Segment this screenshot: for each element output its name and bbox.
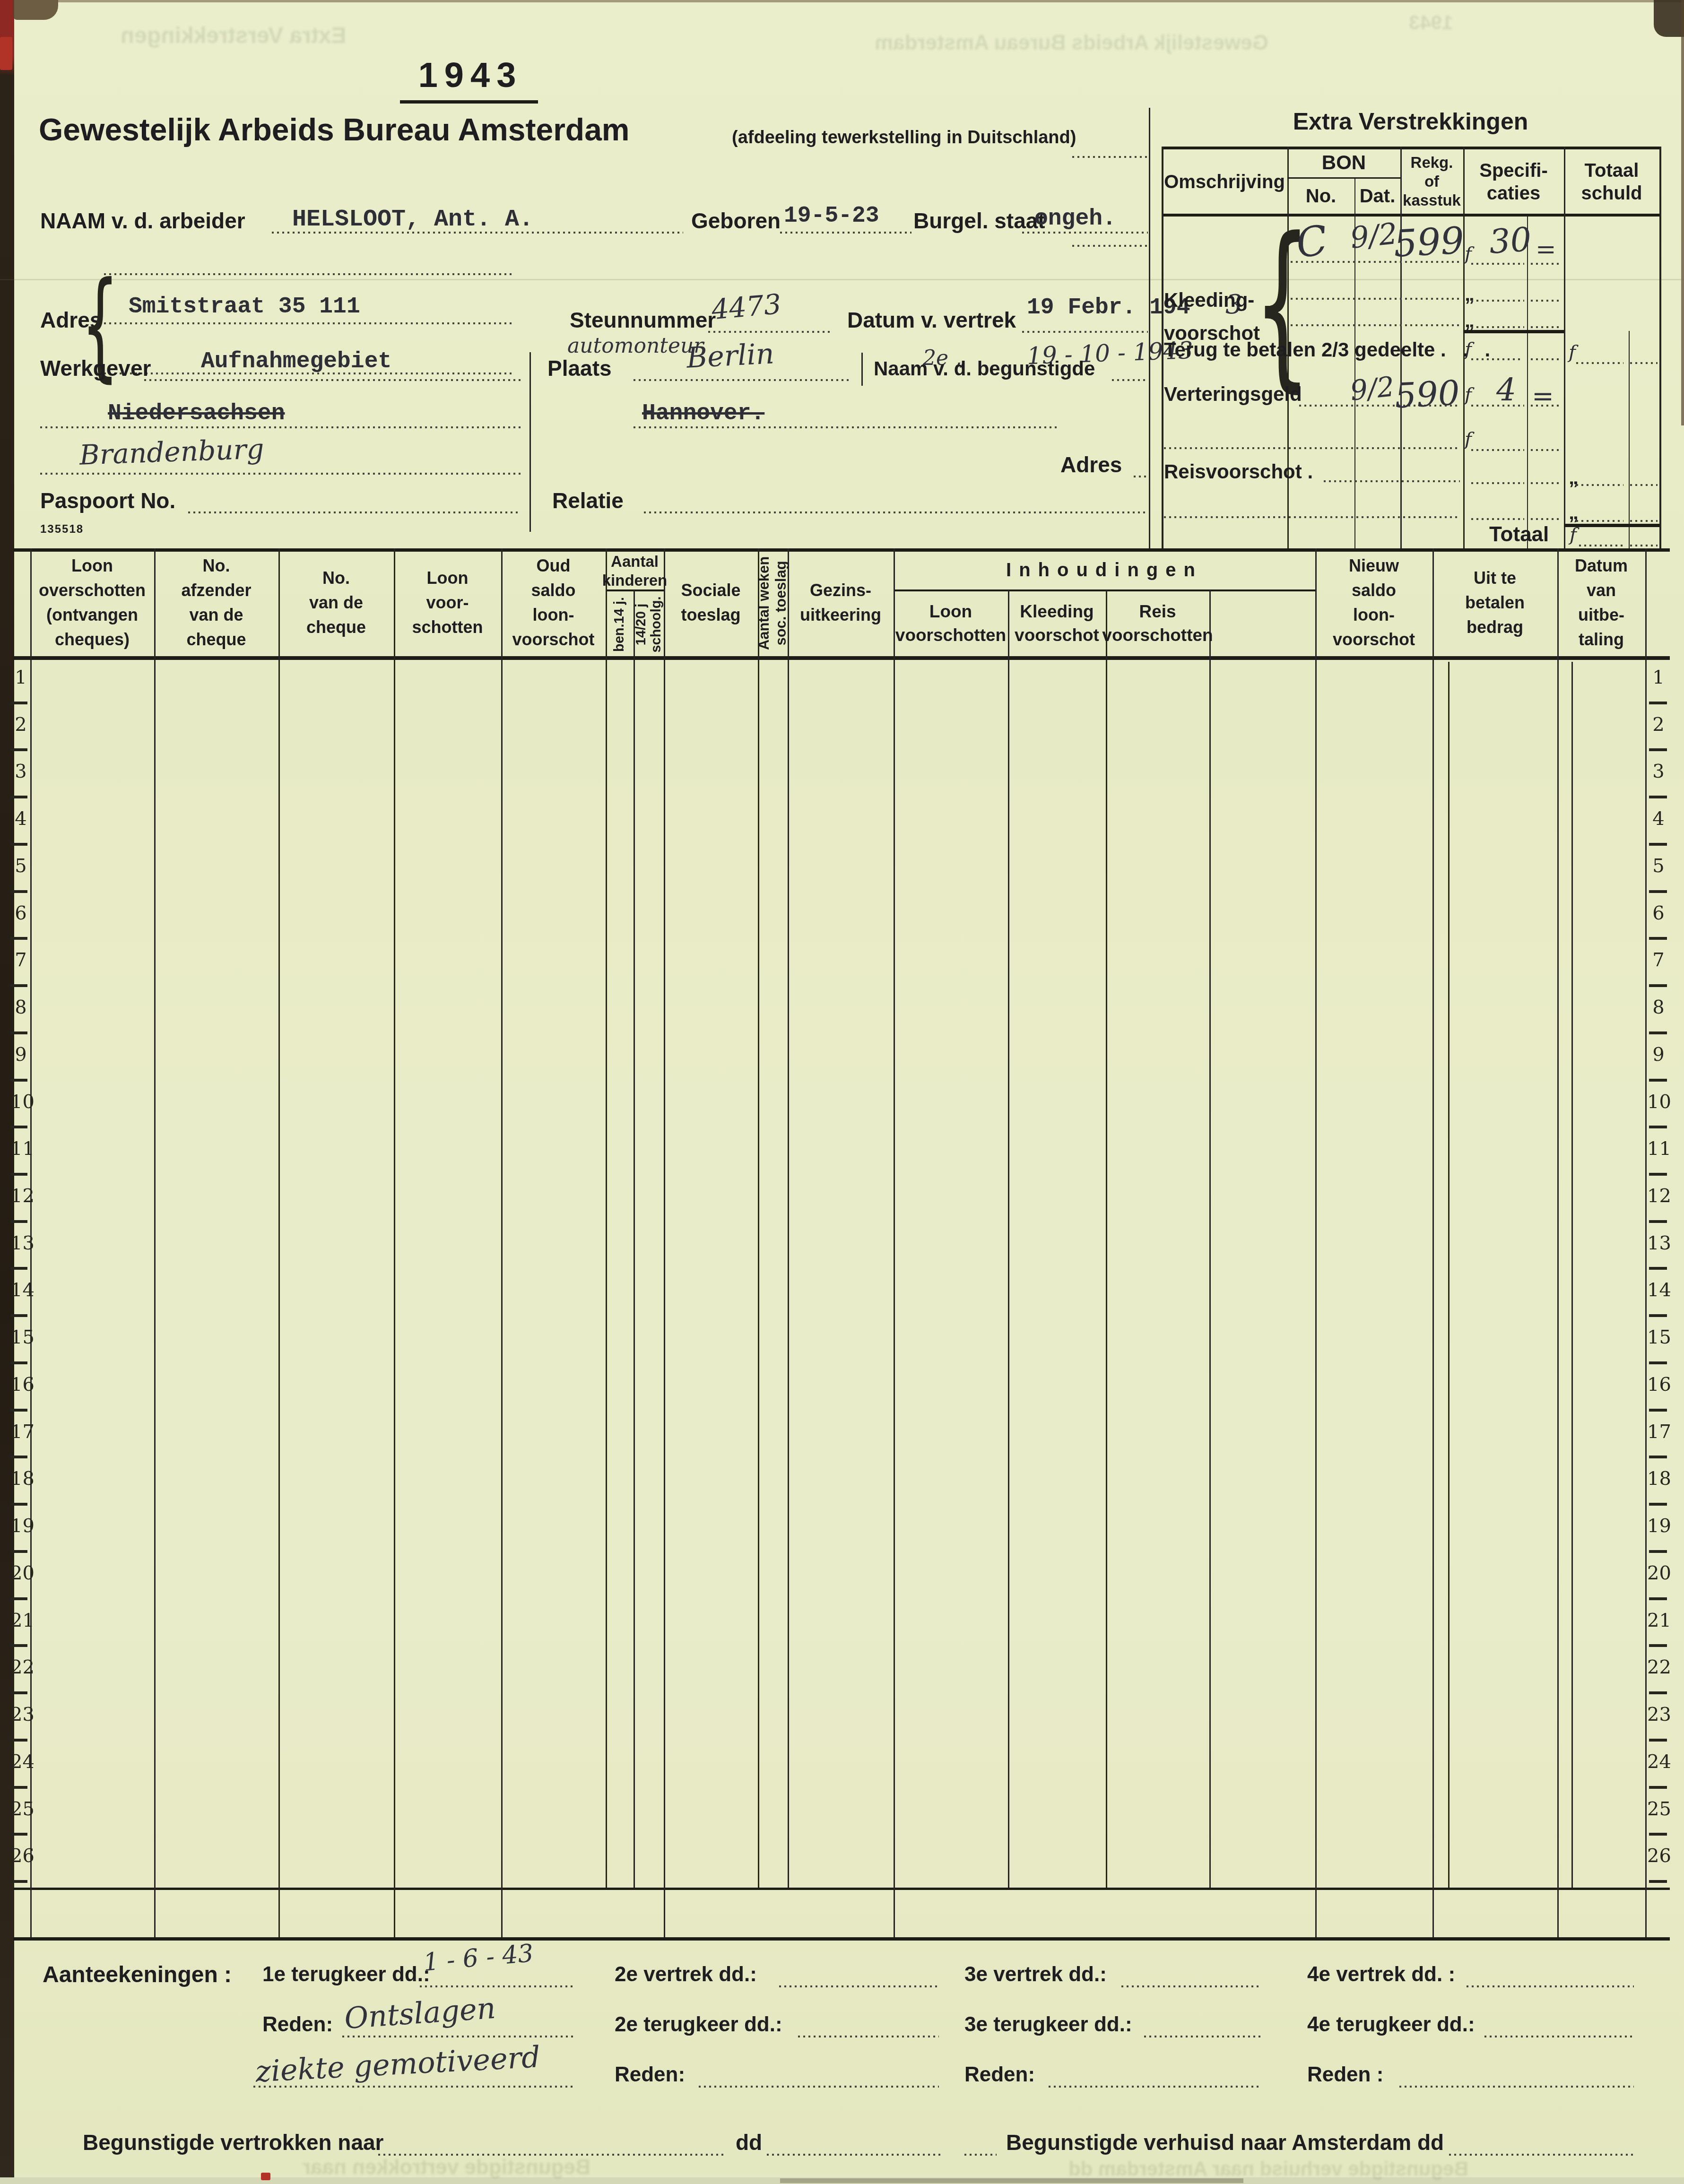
departure-label: Datum v. vertrek — [847, 307, 1016, 333]
dotted-line — [1471, 326, 1524, 328]
dotted-line — [104, 322, 513, 324]
heavy-rule — [1564, 524, 1659, 527]
row-dash-left — [10, 1456, 27, 1458]
row-dash-right — [1649, 1126, 1667, 1128]
row-number-right: 11 — [1647, 1138, 1670, 1160]
dotted-line — [1531, 518, 1560, 520]
row-dash-left — [10, 796, 27, 798]
table-vline — [1106, 590, 1107, 1888]
dotted-line — [1399, 2086, 1634, 2088]
row-number-left: 21 — [10, 1610, 31, 1631]
row-dash-right — [1649, 1173, 1667, 1176]
depart3-label: 3e vertrek dd.: — [964, 1963, 1107, 1986]
dotted-line — [964, 2154, 997, 2156]
table-vline — [894, 548, 895, 1937]
row-dash-left — [10, 1550, 27, 1553]
row-number-left: 9 — [10, 1044, 31, 1066]
row-number-right: 26 — [1647, 1845, 1670, 1867]
dotted-line — [1471, 358, 1523, 360]
row-number-left: 15 — [10, 1326, 31, 1348]
fold-line — [0, 279, 1684, 280]
row-number-right: 19 — [1647, 1515, 1670, 1537]
return4-label: 4e terugkeer dd.: — [1307, 2013, 1475, 2037]
row-number-right: 3 — [1647, 761, 1670, 782]
ledger-subcol-ben14: ben.14 j. — [606, 592, 634, 657]
ledger-col-header: No. van de cheque — [278, 551, 394, 655]
row-dash-left — [10, 1361, 27, 1364]
extra-totaal-label: Totaal — [1489, 523, 1549, 546]
dotted-line — [1471, 518, 1524, 520]
row-number-right: 22 — [1647, 1656, 1670, 1678]
dotted-line — [699, 2086, 939, 2088]
row-number-right: 2 — [1647, 714, 1670, 736]
place-struck: Hannover. — [642, 401, 764, 426]
table-vline — [634, 590, 635, 1888]
dotted-line — [1072, 245, 1148, 247]
row-dash-left — [10, 1409, 27, 1412]
row-dash-left — [10, 937, 27, 940]
row-number-right: 10 — [1647, 1091, 1670, 1113]
table-hline — [13, 1888, 1670, 1890]
ledger-col-header: Oud saldo loon- voorschot — [501, 551, 606, 655]
row-dash-left — [10, 748, 27, 751]
kleeding-rekg: 599 — [1393, 219, 1465, 266]
row-number-left: 20 — [10, 1562, 31, 1584]
reason3-label: Reden: — [964, 2063, 1035, 2087]
extra-title: Extra Verstrekkingen — [1162, 108, 1659, 135]
passport-label: Paspoort No. — [40, 488, 175, 513]
dd-label: dd — [736, 2130, 762, 2155]
row-dash-right — [1649, 796, 1667, 798]
row-dash-right — [1649, 748, 1667, 751]
dotted-line — [644, 511, 1146, 513]
row-dash-right — [1649, 702, 1667, 704]
row-number-right: 20 — [1647, 1562, 1670, 1584]
heavy-rule — [1463, 330, 1564, 333]
extra-right-border — [1659, 147, 1661, 548]
row-number-right: 7 — [1647, 949, 1670, 971]
dotted-line — [1449, 2154, 1636, 2156]
bottom-left-red-speck — [261, 2173, 270, 2180]
row-dash-right — [1649, 1597, 1667, 1600]
reason1-value: Ontslagen — [343, 1991, 497, 2036]
row-dash-left — [10, 890, 27, 893]
row-number-right: 5 — [1647, 855, 1670, 877]
dotted-line — [1471, 263, 1524, 265]
kleeding-cents: = — [1536, 235, 1556, 264]
row-number-right: 12 — [1647, 1185, 1670, 1207]
row-dash-right — [1649, 1644, 1667, 1647]
row-number-left: 16 — [10, 1374, 31, 1395]
florin-sign: f — [1465, 243, 1472, 265]
row-number-right: 25 — [1647, 1798, 1670, 1820]
row-number-left: 1 — [10, 667, 31, 688]
dotted-line — [634, 426, 1059, 428]
row-number-left: 14 — [10, 1279, 31, 1301]
dotted-line — [1531, 482, 1560, 484]
row-number-left: 26 — [10, 1845, 31, 1867]
ledger-subcol-ben14-label: ben.14 j. — [612, 597, 627, 652]
beneficiary-label: Naam v. d. begunstigde — [874, 357, 1095, 380]
row-dash-left — [10, 1267, 27, 1270]
ledger-subcol-header: Reis voorschotten — [1106, 593, 1209, 654]
top-edge-line — [57, 0, 1684, 2]
scanned-form-page: Extra Verstrekkingen Gewestelijk Arbeids… — [0, 0, 1684, 2184]
row-dash-right — [1649, 1031, 1667, 1034]
florin-sign: f — [1570, 524, 1577, 546]
dotted-line — [1484, 2036, 1634, 2037]
marital-value: ongeh. — [1034, 206, 1116, 232]
row-dash-right — [1649, 1833, 1667, 1836]
dotted-line — [708, 331, 831, 333]
dotted-line — [1531, 449, 1560, 451]
row-dash-left — [10, 1691, 27, 1694]
dotted-line — [188, 511, 521, 513]
employer-value: Aufnahmegebiet — [201, 349, 391, 374]
marital-label: Burgel. staat — [913, 208, 1045, 234]
steunnummer-value: 4473 — [710, 288, 782, 326]
row-dash-right — [1649, 937, 1667, 940]
bon-underline — [1287, 177, 1400, 179]
row-number-right: 6 — [1647, 902, 1670, 924]
name-label: NAAM v. d. arbeider — [40, 208, 245, 234]
row-number-left: 10 — [10, 1091, 31, 1113]
beneficiary-moved-label: Begunstigde verhuisd naar Amsterdam dd — [1006, 2130, 1444, 2155]
dotted-line — [420, 1985, 576, 1987]
ledger-col-header: Uit te betalen bedrag — [1432, 551, 1557, 655]
row-dash-left — [10, 1031, 27, 1034]
dotted-line — [1121, 1985, 1260, 1987]
row-dash-right — [1649, 1786, 1667, 1789]
row-number-right: 4 — [1647, 808, 1670, 830]
ledger-subcol-1420-label: 14/20 j schoolg. — [634, 596, 664, 652]
row-number-right: 16 — [1647, 1374, 1670, 1395]
extra-cents-line — [1527, 217, 1528, 548]
row-dash-left — [10, 1126, 27, 1128]
name-value: HELSLOOT, Ant. A. — [292, 206, 533, 233]
row-number-left: 19 — [10, 1515, 31, 1537]
dotted-line — [779, 1985, 939, 1987]
dotted-line — [1144, 2036, 1260, 2037]
dotted-line — [634, 379, 851, 381]
return3-label: 3e terugkeer dd.: — [964, 2013, 1132, 2037]
born-label: Geboren — [691, 208, 781, 234]
ledger-subcol-header: Kleeding voorschot — [1008, 593, 1106, 654]
ledger-col-header: Nieuw saldo loon- voorschot — [1315, 551, 1432, 655]
row-dash-left — [10, 1833, 27, 1836]
row-number-left: 7 — [10, 949, 31, 971]
ditto-mark: „ — [1465, 309, 1475, 332]
row-dash-right — [1649, 1267, 1667, 1270]
table-vline — [1315, 548, 1317, 1937]
dotted-line — [40, 473, 521, 475]
place-label: Plaats — [547, 355, 612, 381]
table-vline — [501, 548, 503, 1937]
dotted-line — [1471, 449, 1524, 451]
dotted-line — [1576, 484, 1623, 486]
beneficiary-address-label: Adres — [1060, 452, 1122, 477]
row-number-right: 14 — [1647, 1279, 1670, 1301]
row-dash-right — [1649, 1550, 1667, 1553]
dotted-line — [1324, 480, 1460, 482]
extra-col-totaal-schuld: Totaal schuld — [1564, 156, 1659, 208]
row-dash-left — [10, 1880, 27, 1883]
terug-label: Terug te betalen 2/3 gedeelte . . . — [1164, 338, 1490, 361]
dotted-line — [1531, 358, 1559, 360]
florin-sign: f — [1465, 338, 1472, 360]
row-number-left: 24 — [10, 1751, 31, 1773]
ledger-subcol-header: Loon voorschotten — [894, 593, 1008, 654]
extra-col-rekg: Rekg. of kasstuk — [1400, 149, 1463, 214]
reason4-label: Reden : — [1307, 2063, 1383, 2087]
row-number-left: 4 — [10, 808, 31, 830]
return1-value: 1 - 6 - 43 — [422, 1939, 535, 1977]
row-dash-left — [10, 1786, 27, 1789]
office-title: Gewestelijk Arbeids Bureau Amsterdam — [39, 112, 630, 147]
row-number-right: 15 — [1647, 1326, 1670, 1348]
table-vline — [1557, 548, 1559, 1937]
verterings-bedrag: 4 — [1496, 372, 1516, 408]
dotted-line — [253, 2086, 575, 2088]
row-number-right: 18 — [1647, 1468, 1670, 1490]
row-number-left: 18 — [10, 1468, 31, 1490]
employer-label: Werkgever — [40, 355, 151, 381]
row-dash-left — [10, 1739, 27, 1742]
dotted-line — [1471, 482, 1524, 484]
row-number-right: 8 — [1647, 997, 1670, 1018]
divider-line — [530, 352, 531, 532]
dotted-line — [1072, 156, 1148, 158]
year-heading: 1943 — [399, 55, 541, 95]
ledger-col-weken-label: Aantal weken soc. toeslag — [756, 556, 790, 650]
dotted-line — [1134, 476, 1148, 477]
ledger-subcol-1420: 14/20 j schoolg. — [634, 592, 664, 657]
table-hline — [13, 656, 1670, 660]
row-dash-right — [1649, 1220, 1667, 1223]
table-vline — [1571, 662, 1573, 1888]
florin-sign: f — [1465, 384, 1472, 406]
extra-header-bottom-border — [1162, 214, 1661, 217]
dotted-line — [144, 379, 521, 381]
florin-sign: f — [1465, 428, 1472, 450]
employer-region-struck: Niedersachsen — [108, 401, 285, 426]
dotted-line — [1471, 405, 1524, 407]
row-dash-left — [10, 1597, 27, 1600]
reason1-label: Reden: — [262, 2013, 333, 2037]
reis-label: Reisvoorschot . — [1164, 460, 1313, 483]
row-dash-right — [1649, 843, 1667, 846]
extra-col-dat: Dat. — [1354, 181, 1400, 212]
notes-heading: Aanteekeningen : — [43, 1962, 232, 1988]
dotted-line — [1022, 232, 1148, 234]
table-vline — [788, 548, 789, 1888]
table-hline — [894, 589, 1315, 591]
row-number-left: 5 — [10, 855, 31, 877]
table-vline — [1209, 590, 1211, 1888]
employer-region-hw: Brandenburg — [79, 433, 265, 471]
depart4-label: 4e vertrek dd. : — [1307, 1963, 1455, 1986]
row-number-left: 11 — [10, 1138, 31, 1160]
year-underline — [400, 100, 538, 104]
table-vline — [1008, 590, 1009, 1888]
dotted-line — [1112, 379, 1147, 381]
dotted-line — [780, 232, 911, 234]
row-number-right: 21 — [1647, 1610, 1670, 1631]
dotted-line — [1531, 405, 1560, 407]
row-dash-right — [1649, 1409, 1667, 1412]
verterings-cents: = — [1532, 381, 1554, 412]
dotted-line — [1630, 484, 1658, 486]
divider-line — [861, 353, 863, 386]
row-dash-right — [1649, 1880, 1667, 1883]
table-vline — [1645, 548, 1647, 1937]
beneficiary-departed-label: Begunstigde vertrokken naar — [83, 2130, 384, 2155]
form-number: 135518 — [40, 523, 84, 536]
steunnummer-label: Steunnummer — [570, 307, 716, 333]
dotted-line — [798, 2036, 939, 2037]
ledger-col-header: Gezins- uitkeering — [788, 551, 894, 655]
row-number-left: 2 — [10, 714, 31, 736]
dotted-line — [40, 426, 521, 428]
occupation-value: automonteur — [567, 334, 703, 358]
extra-cents-line — [1629, 331, 1630, 548]
dotted-line — [1576, 362, 1623, 364]
bleedthrough-text: Begunstigde verhuisd naar Amsterdam dd — [1068, 2158, 1468, 2180]
kleeding-bon-dat: 9/2 — [1348, 216, 1399, 255]
florin-sign: f — [1569, 341, 1576, 363]
bleedthrough-text: Gewestelijk Arbeids Bureau Amsterdam — [875, 31, 1268, 55]
dotted-line — [1576, 520, 1623, 522]
dotted-line — [104, 273, 513, 275]
verterings-label: Verteringsgeld — [1164, 383, 1302, 406]
row-number-left: 3 — [10, 761, 31, 782]
ledger-col-weken: Aantal weken soc. toeslag — [758, 552, 788, 655]
ledger-col-header: Loon voor- schotten — [394, 551, 501, 655]
dotted-line — [1164, 516, 1460, 518]
row-dash-right — [1649, 1691, 1667, 1694]
header-divider-line — [1149, 108, 1150, 548]
table-vline — [606, 548, 607, 1888]
ledger-col-header-kinderen: Aantal kinderen — [606, 552, 664, 590]
row-dash-right — [1649, 984, 1667, 987]
table-hline — [13, 1937, 1670, 1941]
row-dash-left — [10, 984, 27, 987]
reason2-label: Reden: — [615, 2063, 685, 2087]
born-value: 19-5-23 — [784, 203, 879, 229]
dotted-line — [767, 2154, 942, 2156]
ledger-col-header: Datum van uitbe- taling — [1557, 551, 1645, 655]
extra-col-specificaties: Specifi- caties — [1463, 156, 1564, 208]
relation-label: Relatie — [552, 488, 624, 513]
row-dash-right — [1649, 1361, 1667, 1364]
right-edge-line — [1681, 0, 1684, 425]
row-number-left: 17 — [10, 1421, 31, 1443]
dotted-line — [1579, 545, 1624, 546]
row-dash-right — [1649, 1739, 1667, 1742]
dotted-line — [1531, 326, 1560, 328]
dotted-line — [1164, 447, 1460, 449]
bleedthrough-text: Extra Verstrekkingen — [121, 23, 347, 49]
ditto-mark: „ — [1465, 283, 1475, 305]
row-number-left: 22 — [10, 1656, 31, 1678]
row-number-right: 1 — [1647, 667, 1670, 688]
return2-label: 2e terugkeer dd.: — [615, 2013, 782, 2037]
row-dash-left — [10, 1503, 27, 1506]
reason1-value2: ziekte gemotiveerd — [255, 2039, 541, 2089]
place-value: Berlin — [686, 337, 775, 375]
row-number-right: 13 — [1647, 1232, 1670, 1254]
row-dash-left — [10, 1079, 27, 1082]
dotted-line — [1471, 300, 1524, 302]
row-number-left: 6 — [10, 902, 31, 924]
ledger-col-header: Sociale toeslag — [664, 551, 758, 655]
dotted-line — [1630, 545, 1658, 546]
row-number-left: 12 — [10, 1185, 31, 1207]
row-dash-right — [1649, 1314, 1667, 1317]
row-number-right: 24 — [1647, 1751, 1670, 1773]
verterings-dat: 9/2 — [1349, 370, 1396, 407]
table-vline — [1448, 662, 1450, 1888]
table-vline — [758, 548, 759, 1888]
dotted-line — [342, 2036, 575, 2037]
top-right-corner — [1654, 0, 1684, 37]
table-vline — [154, 548, 156, 1937]
table-vline — [664, 548, 665, 1937]
ledger-col-header: No. afzender van de cheque — [154, 551, 278, 655]
dotted-line — [1531, 263, 1560, 265]
bleedthrough-text: 1943 — [1409, 11, 1453, 34]
row-dash-left — [10, 843, 27, 846]
table-vline — [278, 548, 280, 1937]
row-dash-left — [10, 1173, 27, 1176]
return1-label: 1e terugkeer dd.: — [262, 1963, 430, 1986]
dotted-line — [1630, 362, 1658, 364]
dotted-line — [378, 2154, 723, 2156]
dotted-line — [1630, 520, 1658, 522]
dotted-line — [1291, 324, 1460, 326]
row-number-right: 17 — [1647, 1421, 1670, 1443]
table-vline — [1432, 548, 1434, 1937]
dotted-line — [1531, 300, 1560, 302]
kleeding-bon-no: C — [1293, 217, 1330, 268]
left-edge-red-mark — [0, 37, 12, 70]
row-number-left: 13 — [10, 1232, 31, 1254]
row-dash-right — [1649, 1503, 1667, 1506]
address-value: Smitstraat 35 111 — [129, 294, 360, 320]
ledger-group-inhoudingen: Inhoudingen — [894, 553, 1315, 587]
dotted-line — [1467, 1985, 1634, 1987]
kleeding-bedrag: 30 — [1488, 220, 1533, 261]
row-dash-left — [10, 1644, 27, 1647]
row-number-right: 23 — [1647, 1704, 1670, 1725]
dotted-line — [1291, 298, 1460, 300]
row-dash-left — [10, 1220, 27, 1223]
bleedthrough-text: Begunstigde vertrokken naar — [303, 2156, 590, 2179]
office-subtitle: (afdeeling tewerkstelling in Duitschland… — [732, 128, 1076, 148]
dotted-line — [1049, 2086, 1260, 2088]
top-left-tear — [13, 0, 58, 20]
row-dash-right — [1649, 1456, 1667, 1458]
depart2-label: 2e vertrek dd.: — [615, 1963, 757, 1986]
extra-col-bon: BON — [1287, 148, 1400, 177]
ledger-col-header: Loon overschotten (ontvangen cheques) — [30, 551, 154, 655]
row-number-right: 9 — [1647, 1044, 1670, 1066]
table-vline — [394, 548, 395, 1937]
row-dash-right — [1649, 1079, 1667, 1082]
row-number-left: 8 — [10, 997, 31, 1018]
verterings-rekg: 590 — [1394, 373, 1461, 416]
row-number-left: 25 — [10, 1798, 31, 1820]
